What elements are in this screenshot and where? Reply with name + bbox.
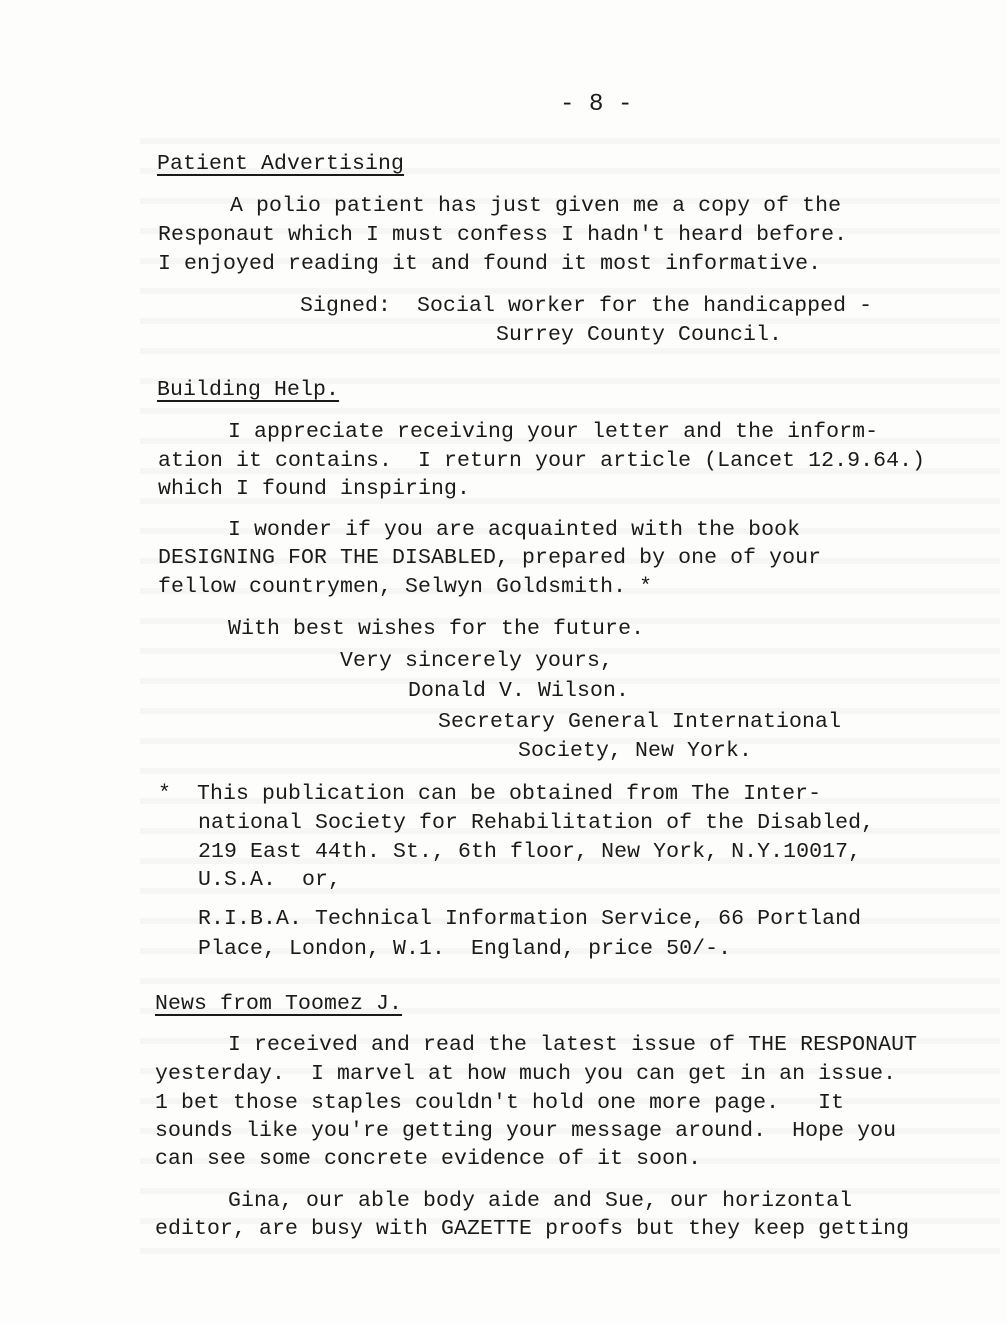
signature-line: Donald V. Wilson. <box>408 678 629 704</box>
body-line: A polio patient has just given me a copy… <box>230 193 841 219</box>
body-line: can see some concrete evidence of it soo… <box>155 1146 701 1172</box>
body-line: 1 bet those staples couldn't hold one mo… <box>155 1090 844 1116</box>
signature-line: Surrey County Council. <box>496 322 782 348</box>
signature-line: Society, New York. <box>518 738 752 764</box>
body-line: I wonder if you are acquainted with the … <box>228 517 800 543</box>
footnote-line: U.S.A. or, <box>198 867 341 893</box>
signature-line: Secretary General International <box>438 709 841 735</box>
signature-line: Very sincerely yours, <box>340 648 613 674</box>
body-line: yesterday. I marvel at how much you can … <box>155 1061 896 1087</box>
body-line: sounds like you're getting your message … <box>155 1118 896 1144</box>
page-number: - 8 - <box>560 92 633 118</box>
body-line: ation it contains. I return your article… <box>158 448 925 474</box>
body-line: I appreciate receiving your letter and t… <box>228 419 878 445</box>
body-line: editor, are busy with GAZETTE proofs but… <box>155 1216 909 1242</box>
section-heading-building-help: Building Help. <box>157 377 339 403</box>
body-line: I enjoyed reading it and found it most i… <box>158 251 821 277</box>
closing-line: With best wishes for the future. <box>228 616 644 642</box>
body-line: DESIGNING FOR THE DISABLED, prepared by … <box>158 545 821 571</box>
body-line: Responaut which I must confess I hadn't … <box>158 222 847 248</box>
body-line: fellow countrymen, Selwyn Goldsmith. * <box>158 574 652 600</box>
section-heading-patient-advertising: Patient Advertising <box>157 151 404 177</box>
footnote-line: 219 East 44th. St., 6th floor, New York,… <box>198 839 861 865</box>
body-line: I received and read the latest issue of … <box>228 1032 917 1058</box>
section-heading-news-from-toomez: News from Toomez J. <box>155 991 402 1017</box>
footnote-line: R.I.B.A. Technical Information Service, … <box>198 906 861 932</box>
footnote-line: * This publication can be obtained from … <box>158 781 821 807</box>
body-line: Gina, our able body aide and Sue, our ho… <box>228 1188 852 1214</box>
footnote-line: Place, London, W.1. England, price 50/-. <box>198 936 731 962</box>
document-page: - 8 - Patient Advertising A polio patien… <box>0 0 1006 1323</box>
body-line: which I found inspiring. <box>158 476 470 502</box>
footnote-line: national Society for Rehabilitation of t… <box>198 810 874 836</box>
signature-line: Signed: Social worker for the handicappe… <box>300 293 872 319</box>
